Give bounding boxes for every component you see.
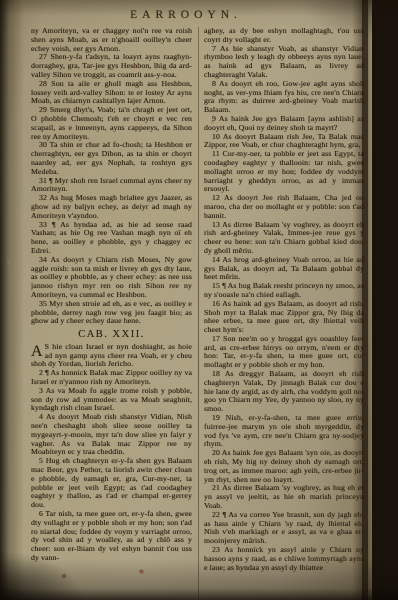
verse-27: 27 Shen-y-fa t'adsyn, ta loayrt ayns raa… [31, 53, 192, 79]
verse-33: 33 ¶ As hyndaa ad, as hie ad seose raad … [31, 221, 192, 256]
verse-3: 3 As va Moab fo aggle trome roish y pobb… [31, 387, 192, 413]
verse-29: 29 Smerg dhyt's, Voab; ta'n chragh er je… [31, 106, 192, 141]
verse-32: 32 As hug Moses magh brialtee gys Jaazer… [31, 194, 192, 220]
right-column: aghey, as dy bee eshyn mollaghtagh, t'ou… [204, 27, 364, 598]
verse-34: 34 As dooyrt y Chiarn rish Moses, Ny gow… [31, 256, 192, 300]
verse-15: 15 ¶ As hug Balak reesht princeyn ny smo… [204, 282, 364, 300]
verse-1: AS hie cloan Israel er nyn doshiaght, as… [31, 343, 192, 369]
verse-31: 31 ¶ Myr shoh ren Israel cummal ayns che… [31, 177, 192, 195]
chapter-heading: CAB. XXII. [31, 331, 192, 340]
verse-10: 10 As dooyrt Balaam rish Jee, Ta Balak m… [204, 133, 364, 151]
left-column: ny Amoriteyn, va er chaggey noi'n ree va… [31, 27, 192, 598]
book-fore-edge [362, 0, 398, 600]
verse-22: 22 ¶ As va corree Yee brasnit, son dy ja… [204, 511, 364, 546]
verse-16: 16 As haink ad gys Balaam, as dooyrt ad … [204, 300, 364, 335]
verse-6-continuation: aghey, as dy bee eshyn mollaghtagh, t'ou… [204, 27, 364, 45]
text-columns: ny Amoriteyn, va er chaggey noi'n ree va… [31, 27, 365, 598]
drop-cap: A [31, 343, 45, 360]
page: EARROOYN. ny Amoriteyn, va er chaggey no… [0, 0, 372, 600]
verse-12: 12 As dooyrt Jee rish Balaam, Cha jed oo… [204, 194, 364, 220]
verse-20: 20 As haink Jee gys Balaam 'syn oie, as … [204, 449, 364, 484]
verse-26-continuation: ny Amoriteyn, va er chaggey noi'n ree va… [31, 27, 192, 53]
verse-28: 28 Son ta aile er gholl magh ass Heshbon… [31, 80, 192, 106]
column-divider [198, 27, 199, 598]
verse-9: 9 As haink Jee gys Balaam [ayns ashlish]… [204, 115, 364, 133]
verse-14: 14 As hrog ard-gheiney Voab orroo, as hi… [204, 256, 364, 282]
verse-7: 7 As hie shanstyr Voab, as shanstyr Vidi… [204, 45, 364, 80]
verse-13: 13 As dirree Balaam 'sy voghrey, as dooy… [204, 221, 364, 256]
verse-5: 5 Hug eh chaghteryn er-y-fa shen gys Bal… [31, 457, 192, 510]
verse-17: 17 Son nee'm oo y hroggal gys ooashley f… [204, 335, 364, 370]
verse-8: 8 As dooyrt eh roo, Gow-jee aght ayns sh… [204, 80, 364, 115]
verse-23: 23 As honnick yn assyl ainle y Chiarn ny… [204, 546, 364, 572]
verse-11: 11 Cur-my-ner, ta pobble er jeet ass Egy… [204, 150, 364, 194]
verse-4: 4 As dooyrt Moab rish shanstyr Vidian, N… [31, 413, 192, 457]
verse-6: 6 Tar nish, ta mee guee ort, er-y-fa she… [31, 510, 192, 563]
verse-21: 21 As dirree Balaam 'sy voghrey, as hug … [204, 484, 364, 510]
book-photo: EARROOYN. ny Amoriteyn, va er chaggey no… [0, 0, 398, 600]
running-head: EARROOYN. [0, 0, 372, 24]
verse-30: 30 Ta shin er chur ad fo-chosh; ta Heshb… [31, 141, 192, 176]
verse-35: 35 Myr shen stroie ad eh, as e vec, as o… [31, 300, 192, 326]
verse-18: 18 As dreggyr Balaam, as dooyrt eh rish … [204, 370, 364, 414]
verse-2: 2 ¶ As honnick Balak mac Zippor ooilley … [31, 369, 192, 387]
verse-19: 19 Nish, er-y-fa-shen, ta mee guee erriu… [204, 414, 364, 449]
